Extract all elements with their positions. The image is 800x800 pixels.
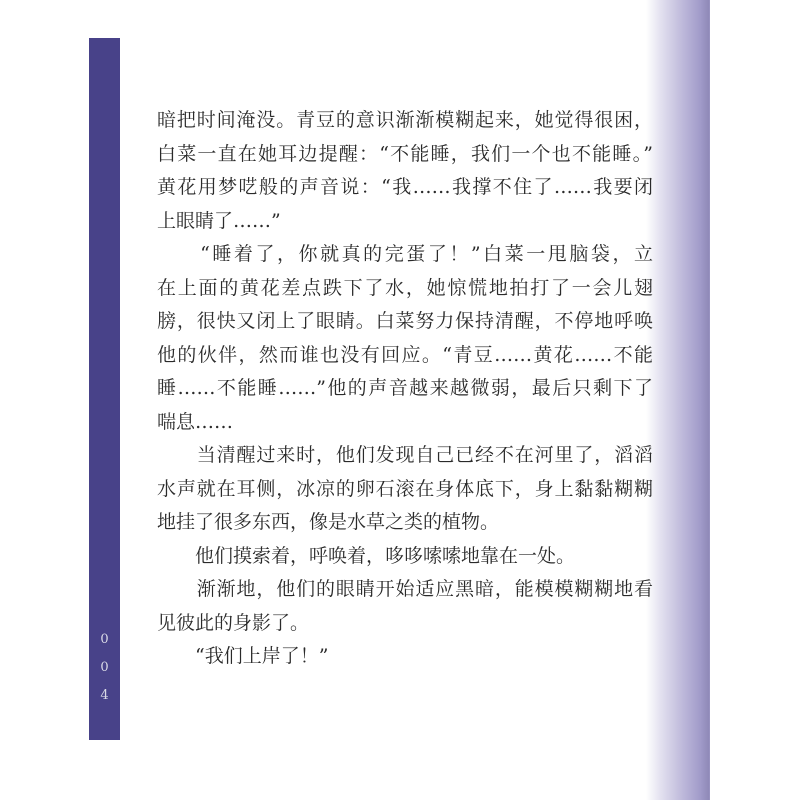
text-line: 他的伙伴，然而谁也没有回应。“青豆……黄花……不能 bbox=[157, 339, 653, 373]
book-page: 0 0 4 暗把时间淹没。青豆的意识渐渐模糊起来，她觉得很困， 白菜一直在她耳边… bbox=[0, 0, 800, 800]
text-line: 上眼睛了……” bbox=[157, 205, 653, 239]
page-edge-gradient bbox=[646, 0, 710, 800]
text-line: 当清醒过来时，他们发现自己已经不在河里了，滔滔 bbox=[157, 439, 653, 473]
text-line: 见彼此的身影了。 bbox=[157, 607, 653, 641]
text-line: 黄花用梦呓般的声音说：“我……我撑不住了……我要闭 bbox=[157, 171, 653, 205]
text-line: 喘息…… bbox=[157, 406, 653, 440]
text-line: 睡……不能睡……”他的声音越来越微弱，最后只剩下了 bbox=[157, 372, 653, 406]
page-number-digit: 0 bbox=[100, 654, 108, 682]
text-line: 渐渐地，他们的眼睛开始适应黑暗，能模模糊糊地看 bbox=[157, 573, 653, 607]
text-line: 在上面的黄花差点跌下了水，她惊慌地拍打了一会儿翅 bbox=[157, 272, 653, 306]
page-number-digit: 0 bbox=[100, 626, 108, 654]
text-line: 暗把时间淹没。青豆的意识渐渐模糊起来，她觉得很困， bbox=[157, 104, 653, 138]
text-line: 水声就在耳侧，冰凉的卵石滚在身体底下，身上黏黏糊糊 bbox=[157, 473, 653, 507]
text-line: “睡着了，你就真的完蛋了！”白菜一甩脑袋，立 bbox=[157, 238, 653, 272]
text-line: 地挂了很多东西，像是水草之类的植物。 bbox=[157, 506, 653, 540]
page-number-digit: 4 bbox=[100, 682, 108, 710]
text-line: “我们上岸了！” bbox=[157, 640, 653, 674]
text-line: 膀，很快又闭上了眼睛。白菜努力保持清醒，不停地呼唤 bbox=[157, 305, 653, 339]
page-number: 0 0 4 bbox=[89, 626, 120, 710]
body-text: 暗把时间淹没。青豆的意识渐渐模糊起来，她觉得很困， 白菜一直在她耳边提醒：“不能… bbox=[157, 104, 653, 674]
text-line: 他们摸索着，呼唤着，哆哆嗦嗦地靠在一处。 bbox=[157, 540, 653, 574]
text-line: 白菜一直在她耳边提醒：“不能睡，我们一个也不能睡。” bbox=[157, 138, 653, 172]
